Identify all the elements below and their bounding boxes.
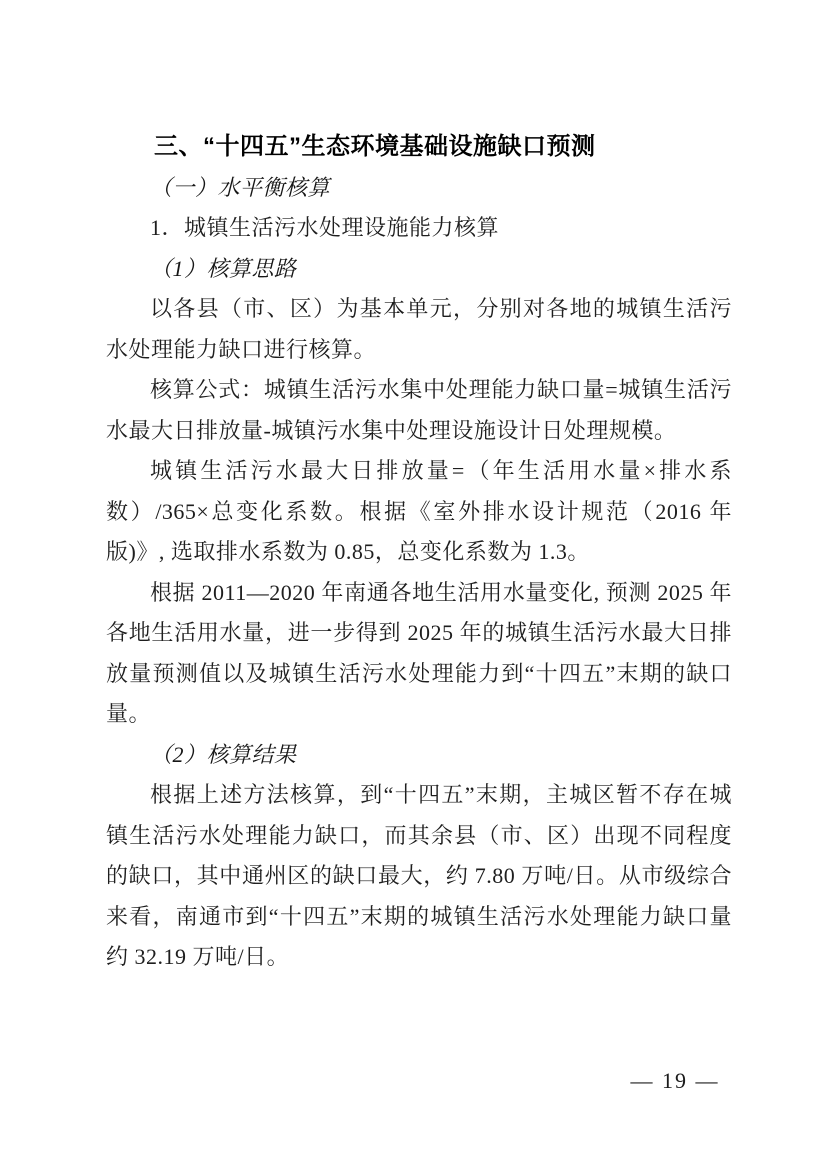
item-heading-2: （2）核算结果 [106,735,732,776]
page-number: — 19 — [560,1066,790,1096]
document-page: 三、“十四五”生态环境基础设施缺口预测 （一）水平衡核算 1．城镇生活污水处理设… [0,0,826,1169]
paragraph: 城镇生活污水最大日排放量=（年生活用水量×排水系数）/365×总变化系数。根据《… [106,451,732,573]
item-heading-1: （1）核算思路 [106,249,732,290]
section-heading: （一）水平衡核算 [106,168,732,209]
document-body: 三、“十四五”生态环境基础设施缺口预测 （一）水平衡核算 1．城镇生活污水处理设… [106,127,732,978]
paragraph: 核算公式：城镇生活污水集中处理能力缺口量=城镇生活污水最大日排放量-城镇污水集中… [106,370,732,451]
paragraph: 根据 2011—2020 年南通各地生活用水量变化, 预测 2025 年各地生活… [106,573,732,735]
chapter-heading: 三、“十四五”生态环境基础设施缺口预测 [106,127,732,168]
paragraph: 以各县（市、区）为基本单元，分别对各地的城镇生活污水处理能力缺口进行核算。 [106,289,732,370]
subsection-heading: 1．城镇生活污水处理设施能力核算 [106,208,732,249]
paragraph: 根据上述方法核算，到“十四五”末期，主城区暂不存在城镇生活污水处理能力缺口，而其… [106,775,732,978]
